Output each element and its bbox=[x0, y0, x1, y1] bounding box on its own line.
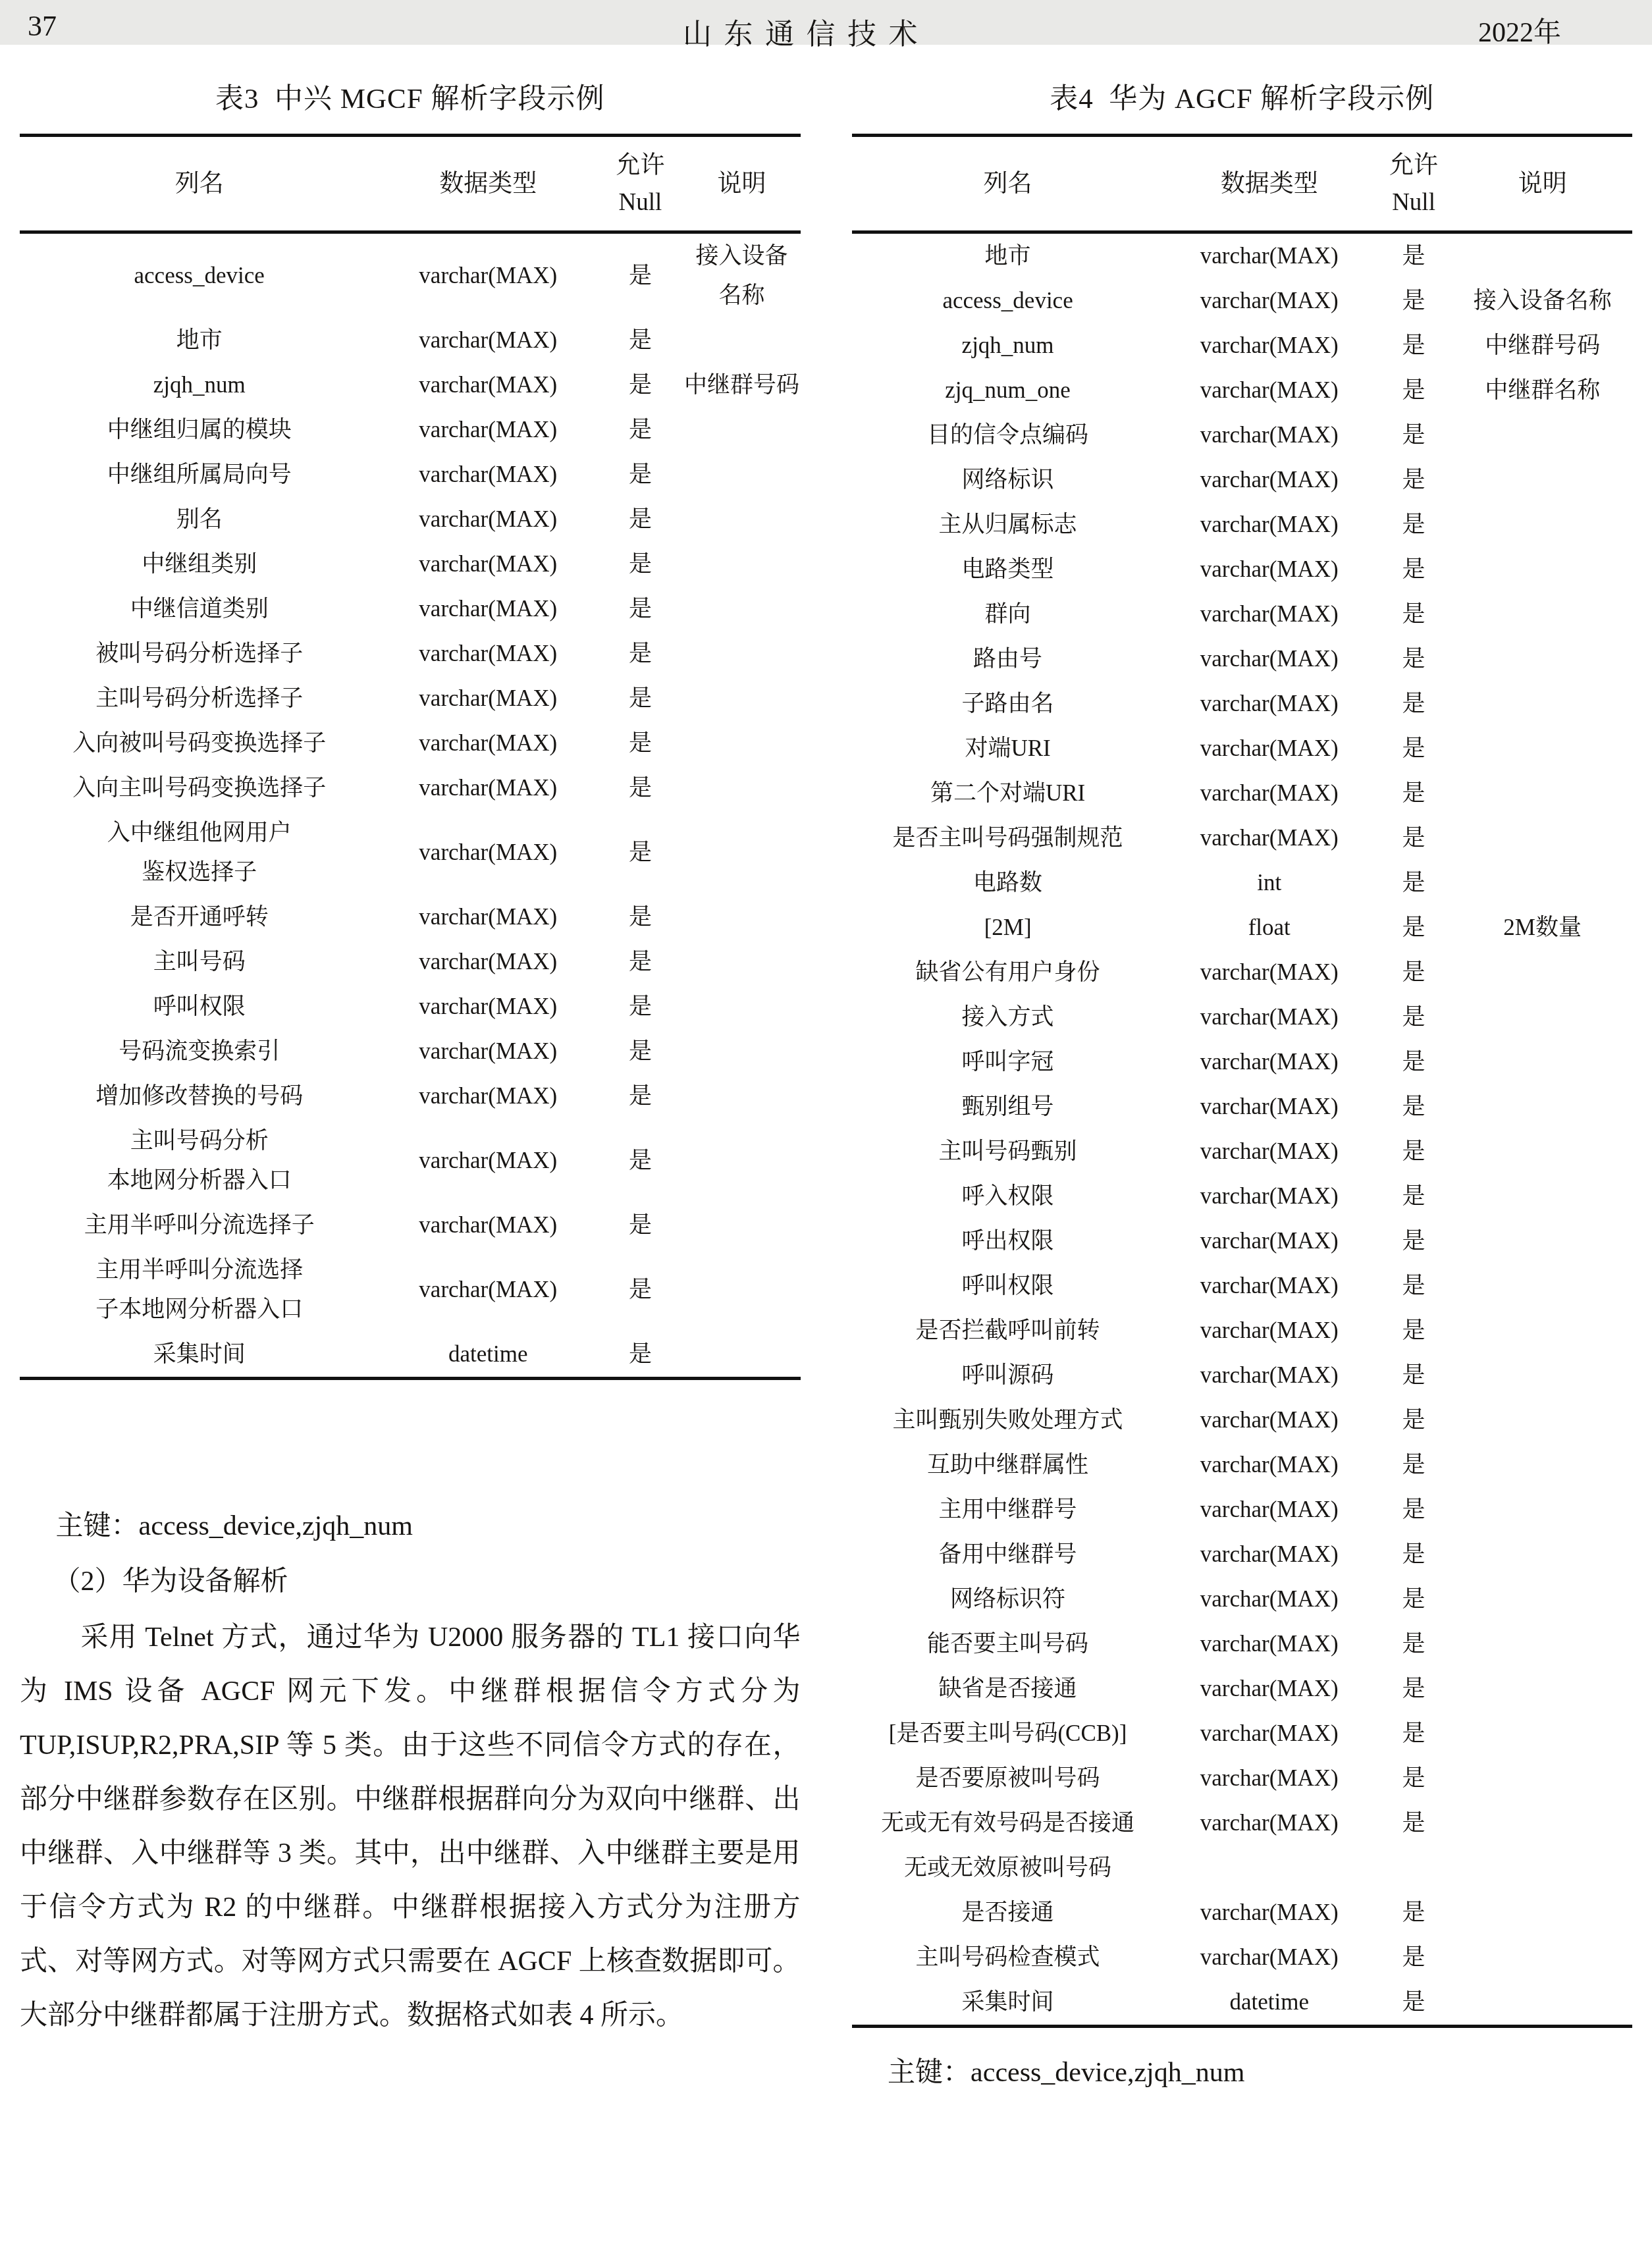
description-cell bbox=[1452, 1711, 1632, 1756]
data-type-cell: varchar(MAX) bbox=[1164, 771, 1375, 816]
data-type-cell: varchar(MAX) bbox=[379, 631, 597, 676]
description-cell bbox=[1452, 726, 1632, 771]
data-type-cell: varchar(MAX) bbox=[379, 542, 597, 587]
description-cell bbox=[1452, 1666, 1632, 1711]
field-name-cell: 网络标识符 bbox=[852, 1577, 1164, 1622]
field-name-cell: 主用中继群号 bbox=[852, 1487, 1164, 1532]
data-type-cell: varchar(MAX) bbox=[1164, 1801, 1375, 1846]
data-type-cell: varchar(MAX) bbox=[1164, 1935, 1375, 1980]
field-name-cell: 地市 bbox=[20, 318, 379, 363]
field-name-cell: 能否要主叫号码 bbox=[852, 1622, 1164, 1666]
table-row: 对端URI varchar(MAX) 是 bbox=[852, 726, 1633, 771]
field-name-cell: 甄别组号 bbox=[852, 1084, 1164, 1129]
table-row: 目的信令点编码 varchar(MAX) 是 bbox=[852, 413, 1633, 458]
table-row: 中继组归属的模块 varchar(MAX) 是 bbox=[20, 408, 801, 452]
field-name-cell: access_device bbox=[852, 279, 1164, 323]
data-type-cell: varchar(MAX) bbox=[379, 1074, 597, 1119]
column-header-null: 允许 Null bbox=[1375, 136, 1453, 232]
table-row: 第二个对端URI varchar(MAX) 是 bbox=[852, 771, 1633, 816]
field-name-cell: 无或无效原被叫号码 bbox=[852, 1846, 1164, 1890]
table-row: 中继组所属局向号 varchar(MAX) 是 bbox=[20, 452, 801, 497]
field-name-cell: 是否要原被叫号码 bbox=[852, 1756, 1164, 1801]
description-cell bbox=[1452, 1846, 1632, 1890]
data-type-cell: varchar(MAX) bbox=[379, 811, 597, 895]
table-row: [2M] float 是 2M数量 bbox=[852, 905, 1633, 950]
data-type-cell: varchar(MAX) bbox=[1164, 1308, 1375, 1353]
data-type-cell: varchar(MAX) bbox=[1164, 1487, 1375, 1532]
description-cell bbox=[683, 452, 801, 497]
field-name-cell: 对端URI bbox=[852, 726, 1164, 771]
description-cell bbox=[683, 766, 801, 811]
allow-null-cell: 是 bbox=[1375, 816, 1453, 861]
data-type-cell: varchar(MAX) bbox=[379, 318, 597, 363]
data-type-cell: varchar(MAX) bbox=[379, 984, 597, 1029]
data-type-cell: varchar(MAX) bbox=[1164, 726, 1375, 771]
description-cell bbox=[1452, 1487, 1632, 1532]
field-name-cell: 主叫甄别失败处理方式 bbox=[852, 1398, 1164, 1443]
table-row: 地市 varchar(MAX) 是 bbox=[852, 232, 1633, 279]
data-type-cell: varchar(MAX) bbox=[379, 1119, 597, 1203]
description-cell bbox=[683, 1248, 801, 1332]
field-name-cell: 增加修改替换的号码 bbox=[20, 1074, 379, 1119]
table4-header: 列名 数据类型 允许 Null 说明 bbox=[852, 136, 1633, 232]
table-row: [是否要主叫号码(CCB)] varchar(MAX) 是 bbox=[852, 1711, 1633, 1756]
field-name-cell: 缺省是否接通 bbox=[852, 1666, 1164, 1711]
data-type-cell: varchar(MAX) bbox=[1164, 1443, 1375, 1487]
allow-null-cell: 是 bbox=[1375, 1935, 1453, 1980]
description-cell bbox=[1452, 1577, 1632, 1622]
allow-null-cell: 是 bbox=[1375, 726, 1453, 771]
allow-null-cell: 是 bbox=[1375, 232, 1453, 279]
description-cell bbox=[683, 497, 801, 542]
allow-null-cell: 是 bbox=[597, 452, 683, 497]
allow-null-cell: 是 bbox=[1375, 1264, 1453, 1308]
allow-null-cell: 是 bbox=[597, 984, 683, 1029]
description-cell bbox=[1452, 1622, 1632, 1666]
column-header-type: 数据类型 bbox=[1164, 136, 1375, 232]
table-row: 主用中继群号 varchar(MAX) 是 bbox=[852, 1487, 1633, 1532]
allow-null-cell: 是 bbox=[1375, 637, 1453, 681]
table-row: 是否主叫号码强制规范 varchar(MAX) 是 bbox=[852, 816, 1633, 861]
table-row: 主叫号码甄别 varchar(MAX) 是 bbox=[852, 1129, 1633, 1174]
data-type-cell: datetime bbox=[379, 1332, 597, 1379]
description-cell bbox=[1452, 950, 1632, 995]
table-row: 缺省是否接通 varchar(MAX) 是 bbox=[852, 1666, 1633, 1711]
table-row: access_device varchar(MAX) 是 接入设备名称 bbox=[852, 279, 1633, 323]
data-type-cell: varchar(MAX) bbox=[1164, 279, 1375, 323]
page-number: 37 bbox=[28, 9, 57, 43]
table-row: 电路类型 varchar(MAX) 是 bbox=[852, 547, 1633, 592]
table-row: 缺省公有用户身份 varchar(MAX) 是 bbox=[852, 950, 1633, 995]
description-cell bbox=[1452, 637, 1632, 681]
field-name-cell: 呼叫源码 bbox=[852, 1353, 1164, 1398]
description-cell bbox=[683, 1074, 801, 1119]
allow-null-cell: 是 bbox=[1375, 1890, 1453, 1935]
table-row: 呼叫源码 varchar(MAX) 是 bbox=[852, 1353, 1633, 1398]
data-type-cell: varchar(MAX) bbox=[1164, 502, 1375, 547]
allow-null-cell: 是 bbox=[1375, 1174, 1453, 1219]
field-name-cell: 主叫号码检查模式 bbox=[852, 1935, 1164, 1980]
column-header-desc: 说明 bbox=[1452, 136, 1632, 232]
description-cell bbox=[683, 1029, 801, 1074]
data-type-cell: varchar(MAX) bbox=[1164, 547, 1375, 592]
description-cell bbox=[1452, 1890, 1632, 1935]
description-cell bbox=[1452, 1129, 1632, 1174]
table-row: 是否接通 varchar(MAX) 是 bbox=[852, 1890, 1633, 1935]
field-name-cell: 第二个对端URI bbox=[852, 771, 1164, 816]
description-cell bbox=[1452, 458, 1632, 502]
description-cell: 2M数量 bbox=[1452, 905, 1632, 950]
description-cell bbox=[683, 587, 801, 631]
data-type-cell: varchar(MAX) bbox=[379, 1248, 597, 1332]
field-name-cell: 互助中继群属性 bbox=[852, 1443, 1164, 1487]
field-name-cell: 呼叫权限 bbox=[20, 984, 379, 1029]
allow-null-cell: 是 bbox=[597, 542, 683, 587]
description-cell bbox=[683, 318, 801, 363]
table-row: 是否拦截呼叫前转 varchar(MAX) 是 bbox=[852, 1308, 1633, 1353]
description-cell bbox=[1452, 1801, 1632, 1846]
allow-null-cell: 是 bbox=[1375, 1801, 1453, 1846]
table-row: 呼叫权限 varchar(MAX) 是 bbox=[852, 1264, 1633, 1308]
data-type-cell: varchar(MAX) bbox=[379, 1203, 597, 1248]
table-row: 备用中继群号 varchar(MAX) 是 bbox=[852, 1532, 1633, 1577]
allow-null-cell: 是 bbox=[597, 1119, 683, 1203]
field-name-cell: [2M] bbox=[852, 905, 1164, 950]
allow-null-cell: 是 bbox=[1375, 1487, 1453, 1532]
allow-null-cell: 是 bbox=[1375, 1443, 1453, 1487]
field-name-cell: 主叫号码 bbox=[20, 940, 379, 984]
allow-null-cell bbox=[1375, 1846, 1453, 1890]
field-name-cell: zjqh_num bbox=[20, 363, 379, 408]
allow-null-cell: 是 bbox=[1375, 1353, 1453, 1398]
allow-null-cell: 是 bbox=[597, 1332, 683, 1379]
data-type-cell: datetime bbox=[1164, 1980, 1375, 2027]
column-header-type: 数据类型 bbox=[379, 136, 597, 232]
table-row: 入向主叫号码变换选择子 varchar(MAX) 是 bbox=[20, 766, 801, 811]
field-name-cell: 主用半呼叫分流选择子 bbox=[20, 1203, 379, 1248]
field-name-cell: 入中继组他网用户 鉴权选择子 bbox=[20, 811, 379, 895]
field-name-cell: 目的信令点编码 bbox=[852, 413, 1164, 458]
table4-title: 表4 华为 AGCF 解析字段示例 bbox=[852, 76, 1633, 117]
description-cell bbox=[683, 1119, 801, 1203]
table-row: 呼出权限 varchar(MAX) 是 bbox=[852, 1219, 1633, 1264]
allow-null-cell: 是 bbox=[1375, 1532, 1453, 1577]
field-name-cell: zjqh_num bbox=[852, 323, 1164, 368]
allow-null-cell: 是 bbox=[1375, 323, 1453, 368]
table4-primary-key: 主键：access_device,zjqh_num bbox=[852, 2052, 1633, 2094]
allow-null-cell: 是 bbox=[597, 497, 683, 542]
allow-null-cell: 是 bbox=[1375, 950, 1453, 995]
allow-null-cell: 是 bbox=[1375, 1219, 1453, 1264]
table3-title: 表3 中兴 MGCF 解析字段示例 bbox=[20, 76, 801, 117]
table-row: 主从归属标志 varchar(MAX) 是 bbox=[852, 502, 1633, 547]
table-row: 被叫号码分析选择子 varchar(MAX) 是 bbox=[20, 631, 801, 676]
allow-null-cell: 是 bbox=[1375, 592, 1453, 637]
field-name-cell: 主叫号码甄别 bbox=[852, 1129, 1164, 1174]
allow-null-cell: 是 bbox=[1375, 995, 1453, 1040]
table-row: 主叫号码分析选择子 varchar(MAX) 是 bbox=[20, 676, 801, 721]
field-name-cell: 中继信道类别 bbox=[20, 587, 379, 631]
description-cell bbox=[1452, 771, 1632, 816]
table3-body: access_device varchar(MAX) 是 接入设备 名称 地市 … bbox=[20, 232, 801, 1379]
description-cell bbox=[683, 940, 801, 984]
description-cell bbox=[1452, 1353, 1632, 1398]
field-name-cell: 被叫号码分析选择子 bbox=[20, 631, 379, 676]
data-type-cell: varchar(MAX) bbox=[1164, 1890, 1375, 1935]
allow-null-cell: 是 bbox=[1375, 368, 1453, 413]
data-type-cell: varchar(MAX) bbox=[1164, 995, 1375, 1040]
field-name-cell: 主从归属标志 bbox=[852, 502, 1164, 547]
field-name-cell: 是否接通 bbox=[852, 1890, 1164, 1935]
field-name-cell: 子路由名 bbox=[852, 681, 1164, 726]
field-name-cell: 主用半呼叫分流选择 子本地网分析器入口 bbox=[20, 1248, 379, 1332]
field-name-cell: 是否主叫号码强制规范 bbox=[852, 816, 1164, 861]
data-type-cell: varchar(MAX) bbox=[1164, 1532, 1375, 1577]
allow-null-cell: 是 bbox=[1375, 1980, 1453, 2027]
data-type-cell: varchar(MAX) bbox=[379, 766, 597, 811]
description-cell bbox=[1452, 1084, 1632, 1129]
description-cell bbox=[1452, 232, 1632, 279]
data-type-cell: varchar(MAX) bbox=[379, 721, 597, 766]
table-row: 中继信道类别 varchar(MAX) 是 bbox=[20, 587, 801, 631]
table-row: 中继组类别 varchar(MAX) 是 bbox=[20, 542, 801, 587]
data-type-cell: varchar(MAX) bbox=[1164, 1084, 1375, 1129]
data-type-cell: varchar(MAX) bbox=[379, 497, 597, 542]
description-cell bbox=[1452, 1532, 1632, 1577]
allow-null-cell: 是 bbox=[597, 1203, 683, 1248]
allow-null-cell: 是 bbox=[597, 408, 683, 452]
table-row: zjqh_num varchar(MAX) 是 中继群号码 bbox=[852, 323, 1633, 368]
description-cell bbox=[1452, 1264, 1632, 1308]
field-name-cell: 呼出权限 bbox=[852, 1219, 1164, 1264]
description-cell bbox=[683, 408, 801, 452]
table-row: access_device varchar(MAX) 是 接入设备 名称 bbox=[20, 232, 801, 319]
table-row: 主叫号码分析 本地网分析器入口 varchar(MAX) 是 bbox=[20, 1119, 801, 1203]
table-row: 主用半呼叫分流选择子 varchar(MAX) 是 bbox=[20, 1203, 801, 1248]
table-row: 呼叫字冠 varchar(MAX) 是 bbox=[852, 1040, 1633, 1084]
data-type-cell: varchar(MAX) bbox=[1164, 1398, 1375, 1443]
allow-null-cell: 是 bbox=[1375, 1129, 1453, 1174]
table-row: 主叫号码检查模式 varchar(MAX) 是 bbox=[852, 1935, 1633, 1980]
table-row: 主用半呼叫分流选择 子本地网分析器入口 varchar(MAX) 是 bbox=[20, 1248, 801, 1332]
running-header: 37 山东通信技术 2022年 bbox=[0, 0, 1652, 45]
description-cell: 中继群号码 bbox=[1452, 323, 1632, 368]
description-cell bbox=[1452, 1980, 1632, 2027]
field-name-cell: 接入方式 bbox=[852, 995, 1164, 1040]
left-column: 表3 中兴 MGCF 解析字段示例 列名 数据类型 允许 Null 说明 acc… bbox=[20, 45, 801, 2094]
table-row: 电路数 int 是 bbox=[852, 861, 1633, 905]
description-cell bbox=[1452, 502, 1632, 547]
table-row: 群向 varchar(MAX) 是 bbox=[852, 592, 1633, 637]
description-cell bbox=[1452, 1174, 1632, 1219]
allow-null-cell: 是 bbox=[1375, 1084, 1453, 1129]
allow-null-cell: 是 bbox=[1375, 1622, 1453, 1666]
field-name-cell: 呼入权限 bbox=[852, 1174, 1164, 1219]
data-type-cell: float bbox=[1164, 905, 1375, 950]
data-type-cell: varchar(MAX) bbox=[1164, 1219, 1375, 1264]
data-type-cell: varchar(MAX) bbox=[1164, 1174, 1375, 1219]
data-type-cell: varchar(MAX) bbox=[1164, 368, 1375, 413]
data-type-cell: varchar(MAX) bbox=[379, 895, 597, 940]
description-cell bbox=[683, 811, 801, 895]
field-name-cell: 呼叫权限 bbox=[852, 1264, 1164, 1308]
data-type-cell: varchar(MAX) bbox=[1164, 1666, 1375, 1711]
journal-title: 山东通信技术 bbox=[683, 11, 930, 53]
data-type-cell: varchar(MAX) bbox=[379, 1029, 597, 1074]
allow-null-cell: 是 bbox=[597, 940, 683, 984]
table-header-row: 列名 数据类型 允许 Null 说明 bbox=[20, 136, 801, 232]
data-type-cell: varchar(MAX) bbox=[1164, 323, 1375, 368]
data-type-cell: varchar(MAX) bbox=[379, 940, 597, 984]
two-column-layout: 表3 中兴 MGCF 解析字段示例 列名 数据类型 允许 Null 说明 acc… bbox=[0, 45, 1652, 2094]
field-name-cell: 电路数 bbox=[852, 861, 1164, 905]
data-type-cell: varchar(MAX) bbox=[1164, 637, 1375, 681]
table-row: 能否要主叫号码 varchar(MAX) 是 bbox=[852, 1622, 1633, 1666]
allow-null-cell: 是 bbox=[597, 587, 683, 631]
allow-null-cell: 是 bbox=[597, 232, 683, 319]
allow-null-cell: 是 bbox=[1375, 1308, 1453, 1353]
field-name-cell: 群向 bbox=[852, 592, 1164, 637]
allow-null-cell: 是 bbox=[597, 895, 683, 940]
data-type-cell: varchar(MAX) bbox=[1164, 1711, 1375, 1756]
field-name-cell: [是否要主叫号码(CCB)] bbox=[852, 1711, 1164, 1756]
data-type-cell: varchar(MAX) bbox=[379, 587, 597, 631]
allow-null-cell: 是 bbox=[1375, 1040, 1453, 1084]
table-row: 别名 varchar(MAX) 是 bbox=[20, 497, 801, 542]
description-cell bbox=[1452, 1443, 1632, 1487]
table-header-row: 列名 数据类型 允许 Null 说明 bbox=[852, 136, 1633, 232]
data-type-cell: varchar(MAX) bbox=[1164, 592, 1375, 637]
allow-null-cell: 是 bbox=[1375, 1756, 1453, 1801]
description-cell bbox=[683, 1332, 801, 1379]
allow-null-cell: 是 bbox=[1375, 861, 1453, 905]
table-row: zjqh_num varchar(MAX) 是 中继群号码 bbox=[20, 363, 801, 408]
data-type-cell: int bbox=[1164, 861, 1375, 905]
table-row: 是否开通呼转 varchar(MAX) 是 bbox=[20, 895, 801, 940]
table-row: 无或无有效号码是否接通 varchar(MAX) 是 bbox=[852, 1801, 1633, 1846]
field-name-cell: 主叫号码分析选择子 bbox=[20, 676, 379, 721]
description-cell bbox=[683, 676, 801, 721]
table4-huawei-agcf-fields: 列名 数据类型 允许 Null 说明 地市 varchar(MAX) 是 bbox=[852, 134, 1633, 2028]
description-cell bbox=[1452, 816, 1632, 861]
table-row: 采集时间 datetime 是 bbox=[20, 1332, 801, 1379]
allow-null-cell: 是 bbox=[597, 1074, 683, 1119]
field-name-cell: 中继组归属的模块 bbox=[20, 408, 379, 452]
field-name-cell: 电路类型 bbox=[852, 547, 1164, 592]
allow-null-cell: 是 bbox=[597, 363, 683, 408]
field-name-cell: 网络标识 bbox=[852, 458, 1164, 502]
year-label: 2022年 bbox=[1478, 11, 1561, 50]
field-name-cell: 备用中继群号 bbox=[852, 1532, 1164, 1577]
allow-null-cell: 是 bbox=[597, 676, 683, 721]
data-type-cell: varchar(MAX) bbox=[1164, 458, 1375, 502]
data-type-cell: varchar(MAX) bbox=[1164, 950, 1375, 995]
field-name-cell: 主叫号码分析 本地网分析器入口 bbox=[20, 1119, 379, 1203]
description-cell bbox=[683, 895, 801, 940]
description-cell bbox=[1452, 1219, 1632, 1264]
description-cell: 接入设备名称 bbox=[1452, 279, 1632, 323]
table3-zte-mgcf-fields: 列名 数据类型 允许 Null 说明 access_device varchar… bbox=[20, 134, 801, 1380]
description-cell bbox=[1452, 1040, 1632, 1084]
table-row: 入中继组他网用户 鉴权选择子 varchar(MAX) 是 bbox=[20, 811, 801, 895]
column-header-name: 列名 bbox=[20, 136, 379, 232]
table-row: 入向被叫号码变换选择子 varchar(MAX) 是 bbox=[20, 721, 801, 766]
field-name-cell: 是否拦截呼叫前转 bbox=[852, 1308, 1164, 1353]
field-name-cell: 采集时间 bbox=[852, 1980, 1164, 2027]
allow-null-cell: 是 bbox=[1375, 502, 1453, 547]
table3-primary-key: 主键：access_device,zjqh_num bbox=[20, 1505, 801, 1547]
allow-null-cell: 是 bbox=[1375, 905, 1453, 950]
data-type-cell: varchar(MAX) bbox=[1164, 1129, 1375, 1174]
allow-null-cell: 是 bbox=[597, 631, 683, 676]
field-name-cell: zjq_num_one bbox=[852, 368, 1164, 413]
description-cell bbox=[1452, 547, 1632, 592]
allow-null-cell: 是 bbox=[1375, 1711, 1453, 1756]
table-row: 子路由名 varchar(MAX) 是 bbox=[852, 681, 1633, 726]
table-row: 接入方式 varchar(MAX) 是 bbox=[852, 995, 1633, 1040]
description-cell bbox=[683, 542, 801, 587]
data-type-cell: varchar(MAX) bbox=[1164, 1040, 1375, 1084]
allow-null-cell: 是 bbox=[597, 721, 683, 766]
table-row: 路由号 varchar(MAX) 是 bbox=[852, 637, 1633, 681]
field-name-cell: 入向被叫号码变换选择子 bbox=[20, 721, 379, 766]
field-name-cell: 地市 bbox=[852, 232, 1164, 279]
table-row: 网络标识 varchar(MAX) 是 bbox=[852, 458, 1633, 502]
table-row: 主叫号码 varchar(MAX) 是 bbox=[20, 940, 801, 984]
table-row: 互助中继群属性 varchar(MAX) 是 bbox=[852, 1443, 1633, 1487]
description-cell: 中继群号码 bbox=[683, 363, 801, 408]
description-cell bbox=[1452, 681, 1632, 726]
table3-header: 列名 数据类型 允许 Null 说明 bbox=[20, 136, 801, 232]
data-type-cell: varchar(MAX) bbox=[1164, 681, 1375, 726]
table-row: 号码流变换索引 varchar(MAX) 是 bbox=[20, 1029, 801, 1074]
description-cell bbox=[1452, 413, 1632, 458]
data-type-cell: varchar(MAX) bbox=[379, 408, 597, 452]
table-row: 主叫甄别失败处理方式 varchar(MAX) 是 bbox=[852, 1398, 1633, 1443]
description-cell bbox=[683, 1203, 801, 1248]
data-type-cell: varchar(MAX) bbox=[379, 452, 597, 497]
description-cell bbox=[683, 631, 801, 676]
description-cell bbox=[1452, 861, 1632, 905]
description-cell bbox=[683, 984, 801, 1029]
data-type-cell bbox=[1164, 1846, 1375, 1890]
table-row: 采集时间 datetime 是 bbox=[852, 1980, 1633, 2027]
table-row: 呼叫权限 varchar(MAX) 是 bbox=[20, 984, 801, 1029]
table-row: 是否要原被叫号码 varchar(MAX) 是 bbox=[852, 1756, 1633, 1801]
data-type-cell: varchar(MAX) bbox=[1164, 1577, 1375, 1622]
section-heading-huawei: （2）华为设备解析 bbox=[20, 1557, 801, 1607]
field-name-cell: 中继组所属局向号 bbox=[20, 452, 379, 497]
data-type-cell: varchar(MAX) bbox=[1164, 1756, 1375, 1801]
field-name-cell: 无或无有效号码是否接通 bbox=[852, 1801, 1164, 1846]
field-name-cell: 别名 bbox=[20, 497, 379, 542]
data-type-cell: varchar(MAX) bbox=[379, 363, 597, 408]
allow-null-cell: 是 bbox=[1375, 771, 1453, 816]
data-type-cell: varchar(MAX) bbox=[1164, 1264, 1375, 1308]
description-cell: 接入设备 名称 bbox=[683, 232, 801, 319]
body-paragraph: 采用 Telnet 方式，通过华为 U2000 服务器的 TL1 接口向华为 I… bbox=[20, 1611, 801, 2042]
description-cell bbox=[1452, 1756, 1632, 1801]
column-header-null: 允许 Null bbox=[597, 136, 683, 232]
table-row: 呼入权限 varchar(MAX) 是 bbox=[852, 1174, 1633, 1219]
description-cell bbox=[1452, 995, 1632, 1040]
field-name-cell: 号码流变换索引 bbox=[20, 1029, 379, 1074]
allow-null-cell: 是 bbox=[1375, 413, 1453, 458]
field-name-cell: 路由号 bbox=[852, 637, 1164, 681]
right-column: 表4 华为 AGCF 解析字段示例 列名 数据类型 允许 Null 说明 地市 bbox=[852, 45, 1633, 2094]
table-row: 甄别组号 varchar(MAX) 是 bbox=[852, 1084, 1633, 1129]
allow-null-cell: 是 bbox=[597, 1029, 683, 1074]
